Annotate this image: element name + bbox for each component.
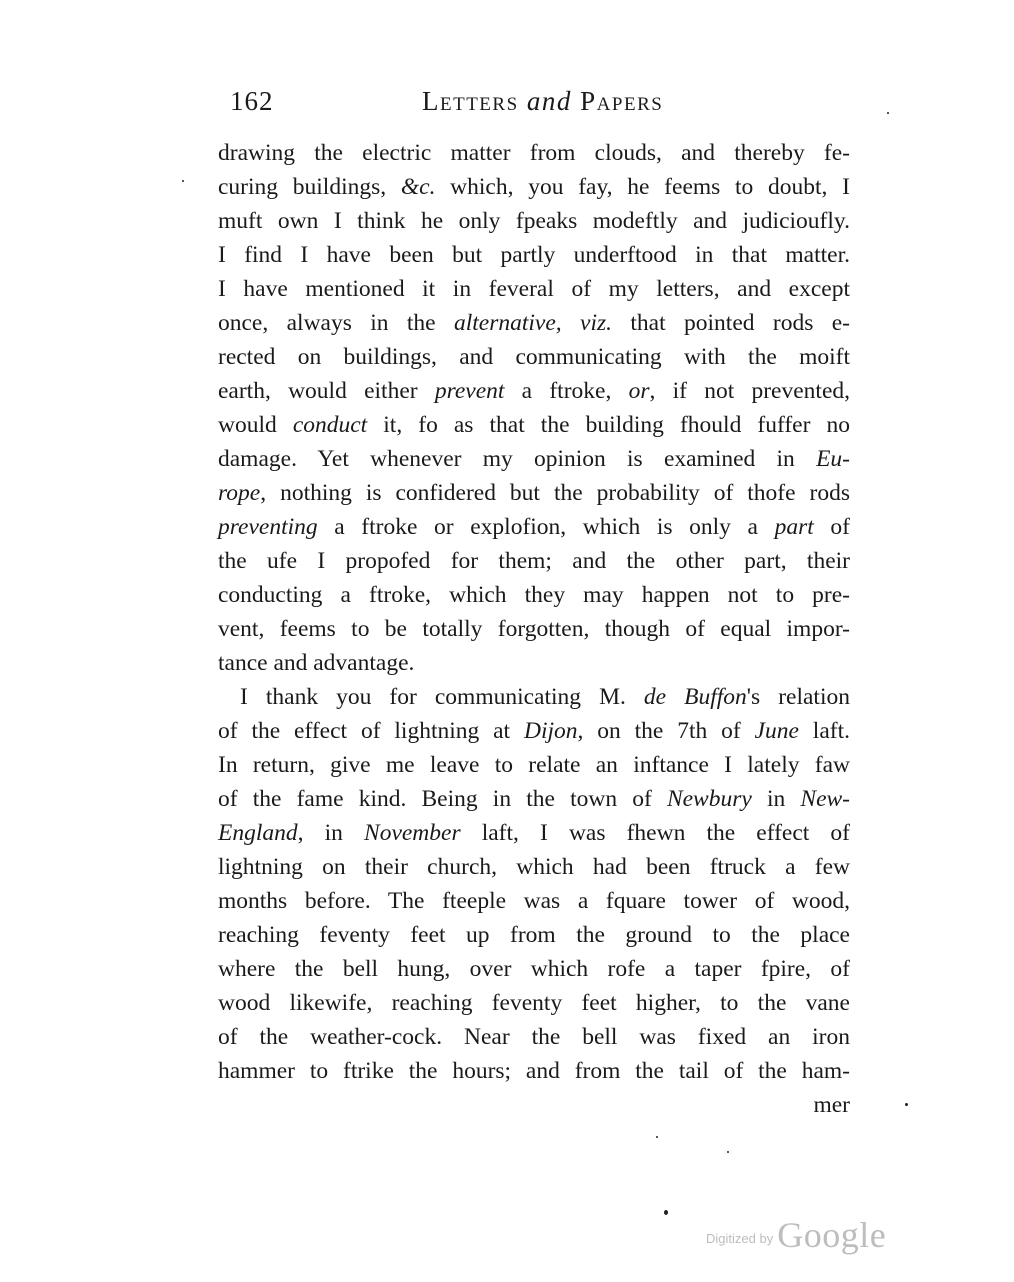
text-segment: of [814,514,850,540]
text-segment: tance and advantage. [218,650,414,676]
scan-speck [656,1136,658,1138]
text-segment: I thank you for communicating M. [240,684,644,710]
text-segment: drawing the electric matter from clouds,… [218,140,850,166]
italic-text: conduct [293,412,367,438]
text-segment: of the effect of lightning at [218,718,524,744]
text-line: England, in November laft, I was fhewn t… [218,816,850,850]
text-segment: the ufe I propofed for them; and the oth… [218,548,850,574]
italic-text: Dijon [524,718,578,744]
text-segment: in [752,786,801,812]
text-segment: which, you fay, he feems to doubt, I [435,174,850,200]
text-line: of the weather-cock. Near the bell was f… [218,1020,850,1054]
text-segment: I have mentioned it in feveral of my let… [218,276,850,302]
text-line: drawing the electric matter from clouds,… [218,136,850,170]
italic-text: rope [218,480,260,506]
running-title-papers: Papers [580,86,663,116]
italic-text: alternative, viz. [454,310,612,336]
text-segment: , if not prevented, [649,378,850,404]
page-header: 162 Letters and Papers [230,86,850,126]
text-segment: would [218,412,293,438]
google-logo-text: Google [777,1215,886,1255]
italic-text: prevent [435,378,505,404]
text-segment: rected on buildings, and communicating w… [218,344,850,370]
text-line: preventing a ftroke or explofion, which … [218,510,850,544]
scan-speck [664,1210,668,1215]
text-line: earth, would either prevent a ftroke, or… [218,374,850,408]
watermark-prefix: Digitized by [706,1231,773,1246]
text-segment: where the bell hung, over which rofe a t… [218,956,850,982]
text-segment: wood likewife, reaching feventy feet hig… [218,990,850,1016]
text-line: conducting a ftroke, which they may happ… [218,578,850,612]
text-line: I find I have been but partly underftood… [218,238,850,272]
text-line: reaching feventy feet up from the ground… [218,918,850,952]
text-segment: lightning on their church, which had bee… [218,854,850,880]
digitized-by-google-watermark: Digitized by Google [706,1214,886,1256]
body-text: drawing the electric matter from clouds,… [218,136,850,1122]
italic-text: or [629,378,650,404]
italic-text: England [218,820,298,846]
text-line: tance and advantage. [218,646,850,680]
scan-speck [887,112,889,114]
italic-text: part [775,514,814,540]
text-segment: earth, would either [218,378,435,404]
text-segment: , nothing is confidered but the probabil… [260,480,850,506]
text-segment: months before. The fteeple was a fquare … [218,888,850,914]
scan-speck [727,1151,729,1153]
running-title-and: and [527,86,572,116]
italic-text: June [755,718,799,744]
text-line: lightning on their church, which had bee… [218,850,850,884]
text-line: vent, feems to be totally forgotten, tho… [218,612,850,646]
text-segment: , on the 7th of [578,718,755,744]
text-segment: damage. Yet whenever my opinion is exami… [218,446,816,472]
text-segment: vent, feems to be totally forgotten, tho… [218,616,850,642]
text-line: In return, give me leave to relate an in… [218,748,850,782]
text-segment: muft own I think he only fpeaks modeftly… [218,208,850,234]
text-line: I have mentioned it in feveral of my let… [218,272,850,306]
text-segment: conducting a ftroke, which they may happ… [218,582,850,608]
text-line: of the fame kind. Being in the town of N… [218,782,850,816]
text-line: the ufe I propofed for them; and the oth… [218,544,850,578]
text-segment: laft, I was fhewn the effect of [461,820,850,846]
scan-speck [905,1103,908,1106]
text-line: once, always in the alternative, viz. th… [218,306,850,340]
catchword: mer [218,1088,850,1122]
running-title: Letters and Papers [422,86,663,117]
italic-text: Newbury [667,786,752,812]
text-segment: I find I have been but partly underftood… [218,242,850,268]
text-line: of the effect of lightning at Dijon, on … [218,714,850,748]
italic-text: Eu- [816,446,850,472]
text-segment: reaching feventy feet up from the ground… [218,922,850,948]
text-line: wood likewife, reaching feventy feet hig… [218,986,850,1020]
text-lines: drawing the electric matter from clouds,… [218,136,850,1088]
text-line: rope, nothing is confidered but the prob… [218,476,850,510]
text-segment: , in [298,820,364,846]
text-segment: of the weather-cock. Near the bell was f… [218,1024,850,1050]
text-segment: laft. [799,718,850,744]
text-segment: that pointed rods e- [612,310,850,336]
text-segment: a ftroke, [504,378,628,404]
text-segment: hammer to ftrike the hours; and from the… [218,1058,850,1084]
italic-text: preventing [218,514,318,540]
italic-text: November [364,820,461,846]
italic-text: &c. [401,174,436,200]
italic-text: New- [800,786,850,812]
text-segment: of the fame kind. Being in the town of [218,786,667,812]
text-line: hammer to ftrike the hours; and from the… [218,1054,850,1088]
text-segment: a ftroke or explofion, which is only a [318,514,775,540]
text-line: curing buildings, &c. which, you fay, he… [218,170,850,204]
page-number: 162 [230,86,274,117]
text-segment: curing buildings, [218,174,401,200]
text-line: muft own I think he only fpeaks modeftly… [218,204,850,238]
book-page: 162 Letters and Papers drawing the elect… [0,0,1014,1282]
text-line: I thank you for communicating M. de Buff… [218,680,850,714]
text-line: months before. The fteeple was a fquare … [218,884,850,918]
italic-text: de Buffon [644,684,747,710]
text-line: rected on buildings, and communicating w… [218,340,850,374]
text-segment: 's relation [747,684,850,710]
text-line: damage. Yet whenever my opinion is exami… [218,442,850,476]
running-title-letters: Letters [422,86,519,116]
text-line: would conduct it, fo as that the buildin… [218,408,850,442]
scan-speck [182,180,184,182]
text-segment: once, always in the [218,310,454,336]
text-segment: In return, give me leave to relate an in… [218,752,850,778]
text-segment: it, fo as that the building fhould fuffe… [367,412,850,438]
text-line: where the bell hung, over which rofe a t… [218,952,850,986]
